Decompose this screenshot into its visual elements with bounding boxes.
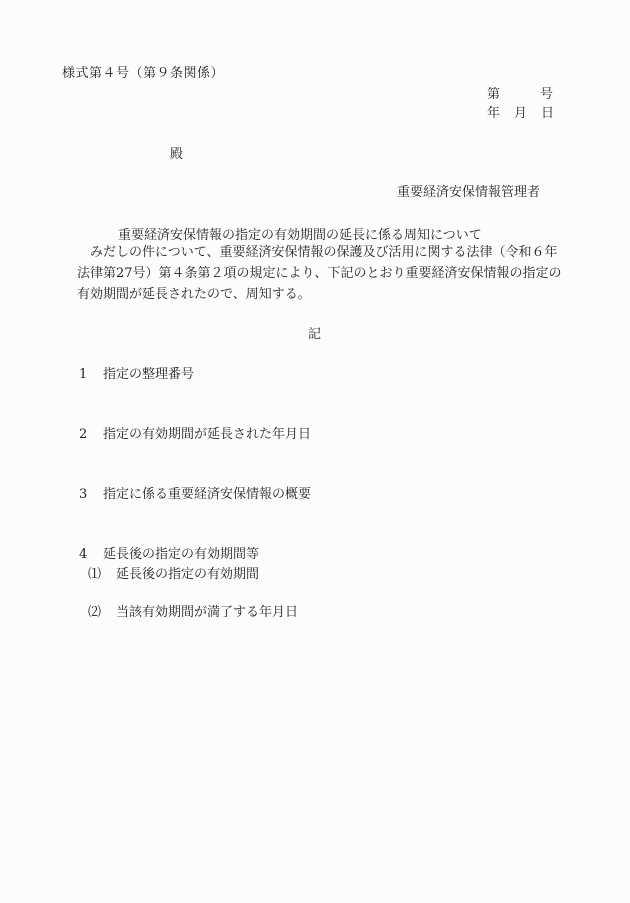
item-number: 4 — [79, 545, 103, 565]
date-day: 日 — [541, 106, 554, 121]
item-label: 指定に係る重要経済安保情報の概要 — [103, 487, 311, 502]
form-label: 様式第４号（第９条関係） — [62, 64, 224, 84]
item-number: 2 — [79, 425, 103, 445]
body-paragraph: みだしの件について、重要経済安保情報の保護及び活用に関する法律（令和６年 法律第… — [62, 243, 582, 306]
body-line: 有効期間が延長されたので、周知する。 — [62, 285, 582, 306]
sub-list-item: ⑵当該有効期間が満了する年月日 — [88, 603, 298, 623]
list-item: 4延長後の指定の有効期間等 — [79, 545, 259, 565]
sub-list-item: ⑴延長後の指定の有効期間 — [88, 565, 259, 585]
number-suffix: 号 — [540, 87, 553, 102]
item-label: 延長後の指定の有効期間等 — [103, 547, 259, 562]
item-label: 指定の有効期間が延長された年月日 — [103, 427, 311, 442]
ki-heading: 記 — [308, 325, 321, 345]
list-item: 3指定に係る重要経済安保情報の概要 — [79, 485, 311, 505]
addressee: 殿 — [170, 145, 183, 165]
item-label: 指定の整理番号 — [103, 367, 194, 382]
date-month: 月 — [514, 106, 527, 121]
item-number: 1 — [79, 365, 103, 385]
document-number-line: 第号 — [487, 85, 553, 105]
sub-item-number: ⑴ — [88, 565, 116, 585]
sub-item-label: 延長後の指定の有効期間 — [116, 567, 259, 582]
date-year: 年 — [487, 106, 500, 121]
body-line: みだしの件について、重要経済安保情報の保護及び活用に関する法律（令和６年 — [62, 243, 582, 264]
document-date-line: 年月日 — [487, 104, 554, 124]
item-number: 3 — [79, 485, 103, 505]
sender: 重要経済安保情報管理者 — [397, 183, 540, 203]
sub-item-number: ⑵ — [88, 603, 116, 623]
body-line: 法律第27号）第４条第２項の規定により、下記のとおり重要経済安保情報の指定の — [62, 264, 582, 285]
list-item: 1指定の整理番号 — [79, 365, 194, 385]
sub-item-label: 当該有効期間が満了する年月日 — [116, 605, 298, 620]
number-prefix: 第 — [487, 87, 500, 102]
list-item: 2指定の有効期間が延長された年月日 — [79, 425, 311, 445]
